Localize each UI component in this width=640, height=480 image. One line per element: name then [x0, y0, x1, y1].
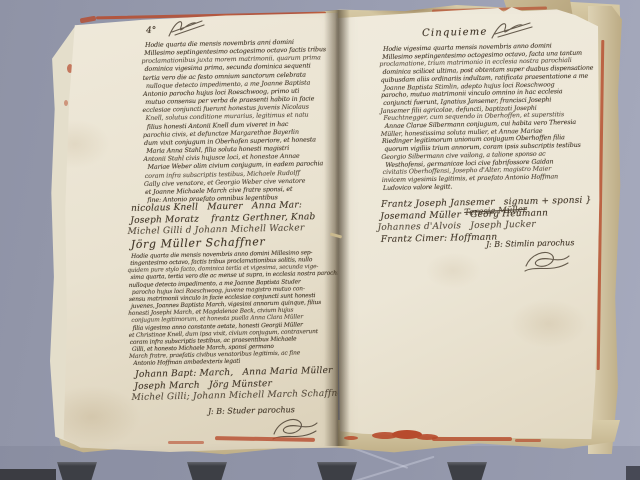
cradle-clip [317, 462, 357, 480]
right-page: 4 Cinquieme Hodie vigesima quarta mensis… [336, 4, 602, 448]
ink-flourish-icon [488, 18, 536, 46]
left-page-number: 4° [146, 26, 156, 36]
red-edge-bottom-right [432, 437, 512, 441]
cradle-edge-right [626, 466, 640, 480]
red-edge-mark [64, 100, 68, 106]
left-page-record-1: Hodie quarta die mensis novembris anni d… [142, 38, 350, 205]
red-edge-bottom-left [168, 441, 204, 444]
left-page-signatures-2: Johann Bapt: March, Anna Maria MüllerJos… [132, 366, 343, 405]
left-page-signatures-1: nicolaus Knell Maurer Anna Mar:Joseph Mo… [128, 199, 344, 249]
right-page-record: Hodie vigesima quarta mensis novembris a… [380, 41, 598, 192]
left-page-record-2: Hodie quarta die mensis novembris anno d… [128, 249, 345, 368]
cradle-clip [187, 462, 227, 480]
right-page-header: Cinquieme [422, 27, 488, 39]
cradle-edge-left [0, 469, 56, 480]
cradle-clip [447, 462, 487, 480]
red-edge-mark [80, 16, 97, 24]
book-gutter-shadow [324, 10, 350, 446]
red-splash-bottom [344, 436, 358, 440]
left-page: 4° Hodie quarta die mensis novembris ann… [58, 12, 338, 452]
cradle-clip [57, 462, 97, 480]
manuscript-scan: { "colors": { "background": "#9a9eb2", "… [0, 0, 640, 480]
paraph-icon [270, 414, 320, 448]
red-edge-bottom-right [515, 439, 541, 442]
paraph-icon [522, 248, 572, 280]
